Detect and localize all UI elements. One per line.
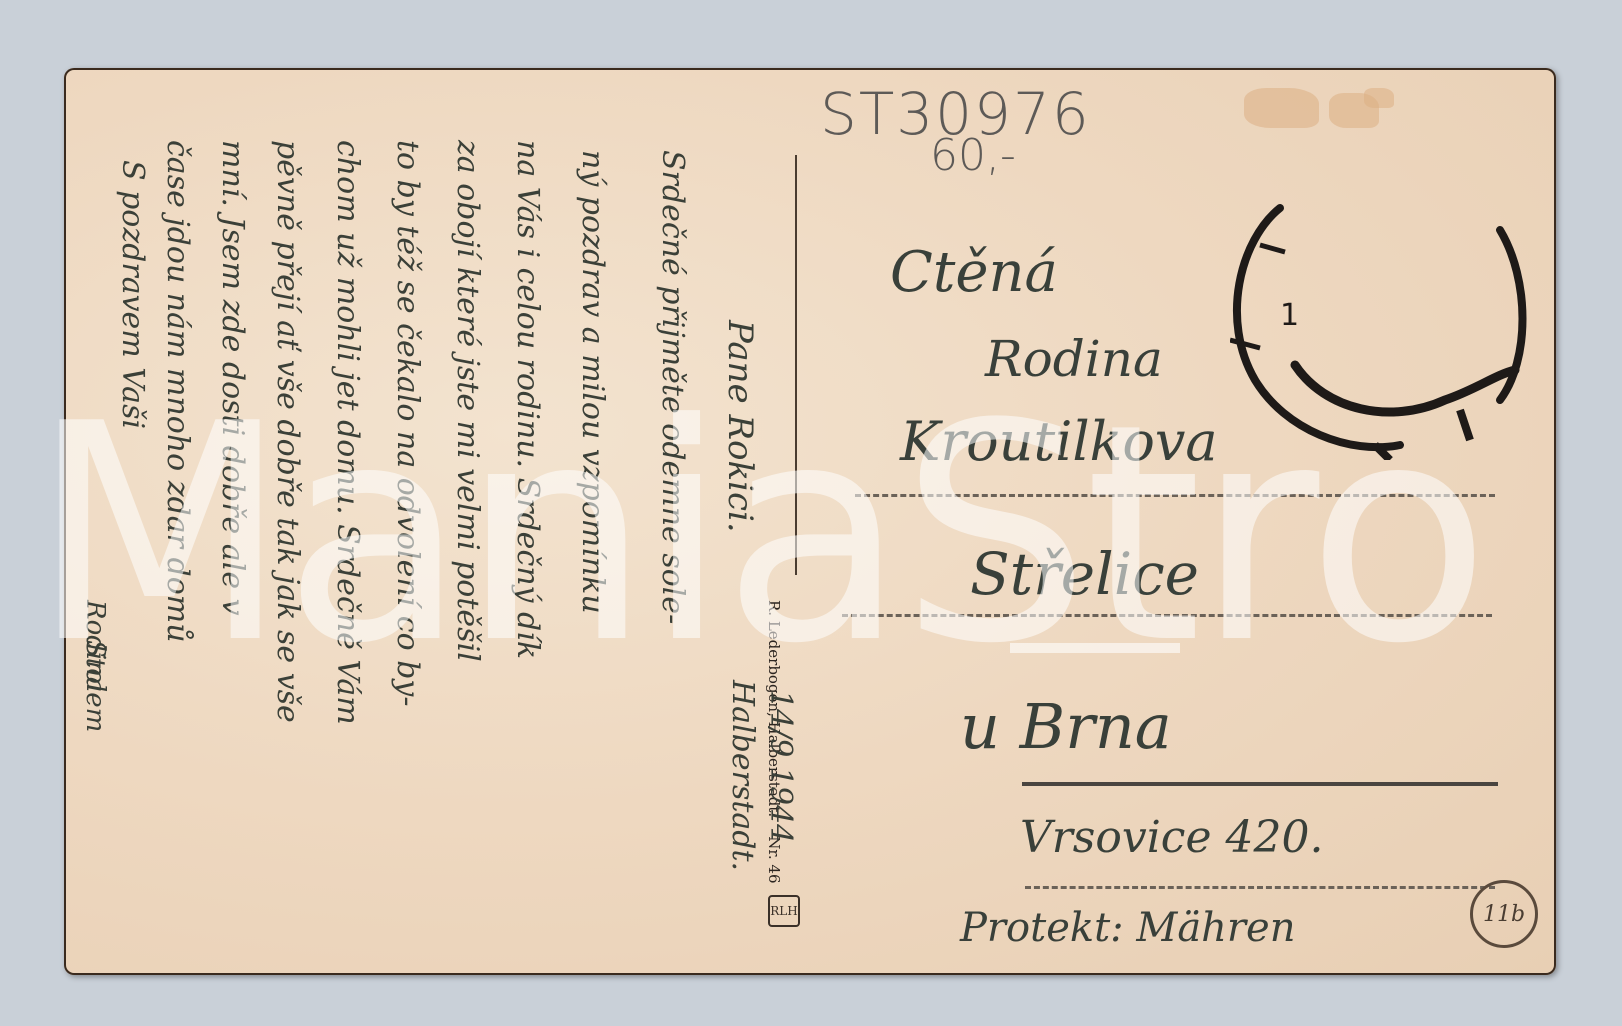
message-line: na Vás i celou rodinu. Srdečný dík bbox=[510, 140, 545, 659]
message-line: pěvně přejí ať vše dobře tak jak se vše bbox=[270, 140, 305, 723]
watermark-underline bbox=[1010, 643, 1180, 653]
address-line6: Protekt: Mähren bbox=[960, 905, 1296, 951]
imprint-number: Nr. 46 bbox=[765, 836, 783, 883]
circled-note: 11b bbox=[1470, 880, 1538, 948]
message-greeting: Pane Rokici. bbox=[720, 320, 760, 533]
message-line: Srdečné přijměte odemne sole- bbox=[655, 150, 690, 624]
address-line5: Vrsovice 420. bbox=[1020, 812, 1323, 863]
postmark-icon: 1 bbox=[1230, 200, 1530, 460]
address-solid-line bbox=[1022, 782, 1498, 786]
message-line: S pozdravem Vaši bbox=[115, 160, 150, 429]
card-divider bbox=[795, 155, 797, 575]
address-line4: u Brna bbox=[960, 690, 1172, 763]
address-line3: Střelice bbox=[970, 540, 1199, 608]
stamp-residue bbox=[1364, 88, 1394, 108]
address-dotted-line bbox=[842, 614, 1492, 617]
address-dotted-line bbox=[855, 494, 1495, 497]
address-dotted-line bbox=[1025, 886, 1495, 889]
message-line: chom už mohli jet domu. Srdečně Vám bbox=[330, 140, 365, 725]
message-line: ný pozdrav a milou vzpomínku bbox=[575, 150, 610, 614]
address-salutation: Ctěná bbox=[890, 240, 1058, 305]
message-line: to by též se čekalo na odvolení co by- bbox=[390, 140, 425, 707]
message-line: za obojí které jste mi velmi potěšil bbox=[450, 140, 485, 662]
message-line: mní. Jsem zde dosti dobře ale v bbox=[215, 140, 250, 616]
address-line1: Rodina bbox=[985, 330, 1163, 388]
printer-logo: RLH bbox=[768, 895, 800, 927]
price-note: 60,- bbox=[930, 130, 1016, 181]
message-signature: Stolem bbox=[80, 640, 110, 732]
address-line2: Kroutilkova bbox=[900, 410, 1218, 473]
message-date: 14/9 1944 bbox=[763, 690, 798, 843]
stamp-residue bbox=[1244, 88, 1319, 128]
message-line: čase jdou nám mnoho zdar domů bbox=[160, 140, 195, 643]
svg-text:1: 1 bbox=[1280, 298, 1299, 333]
message-place: Halberstadt. bbox=[725, 680, 760, 871]
